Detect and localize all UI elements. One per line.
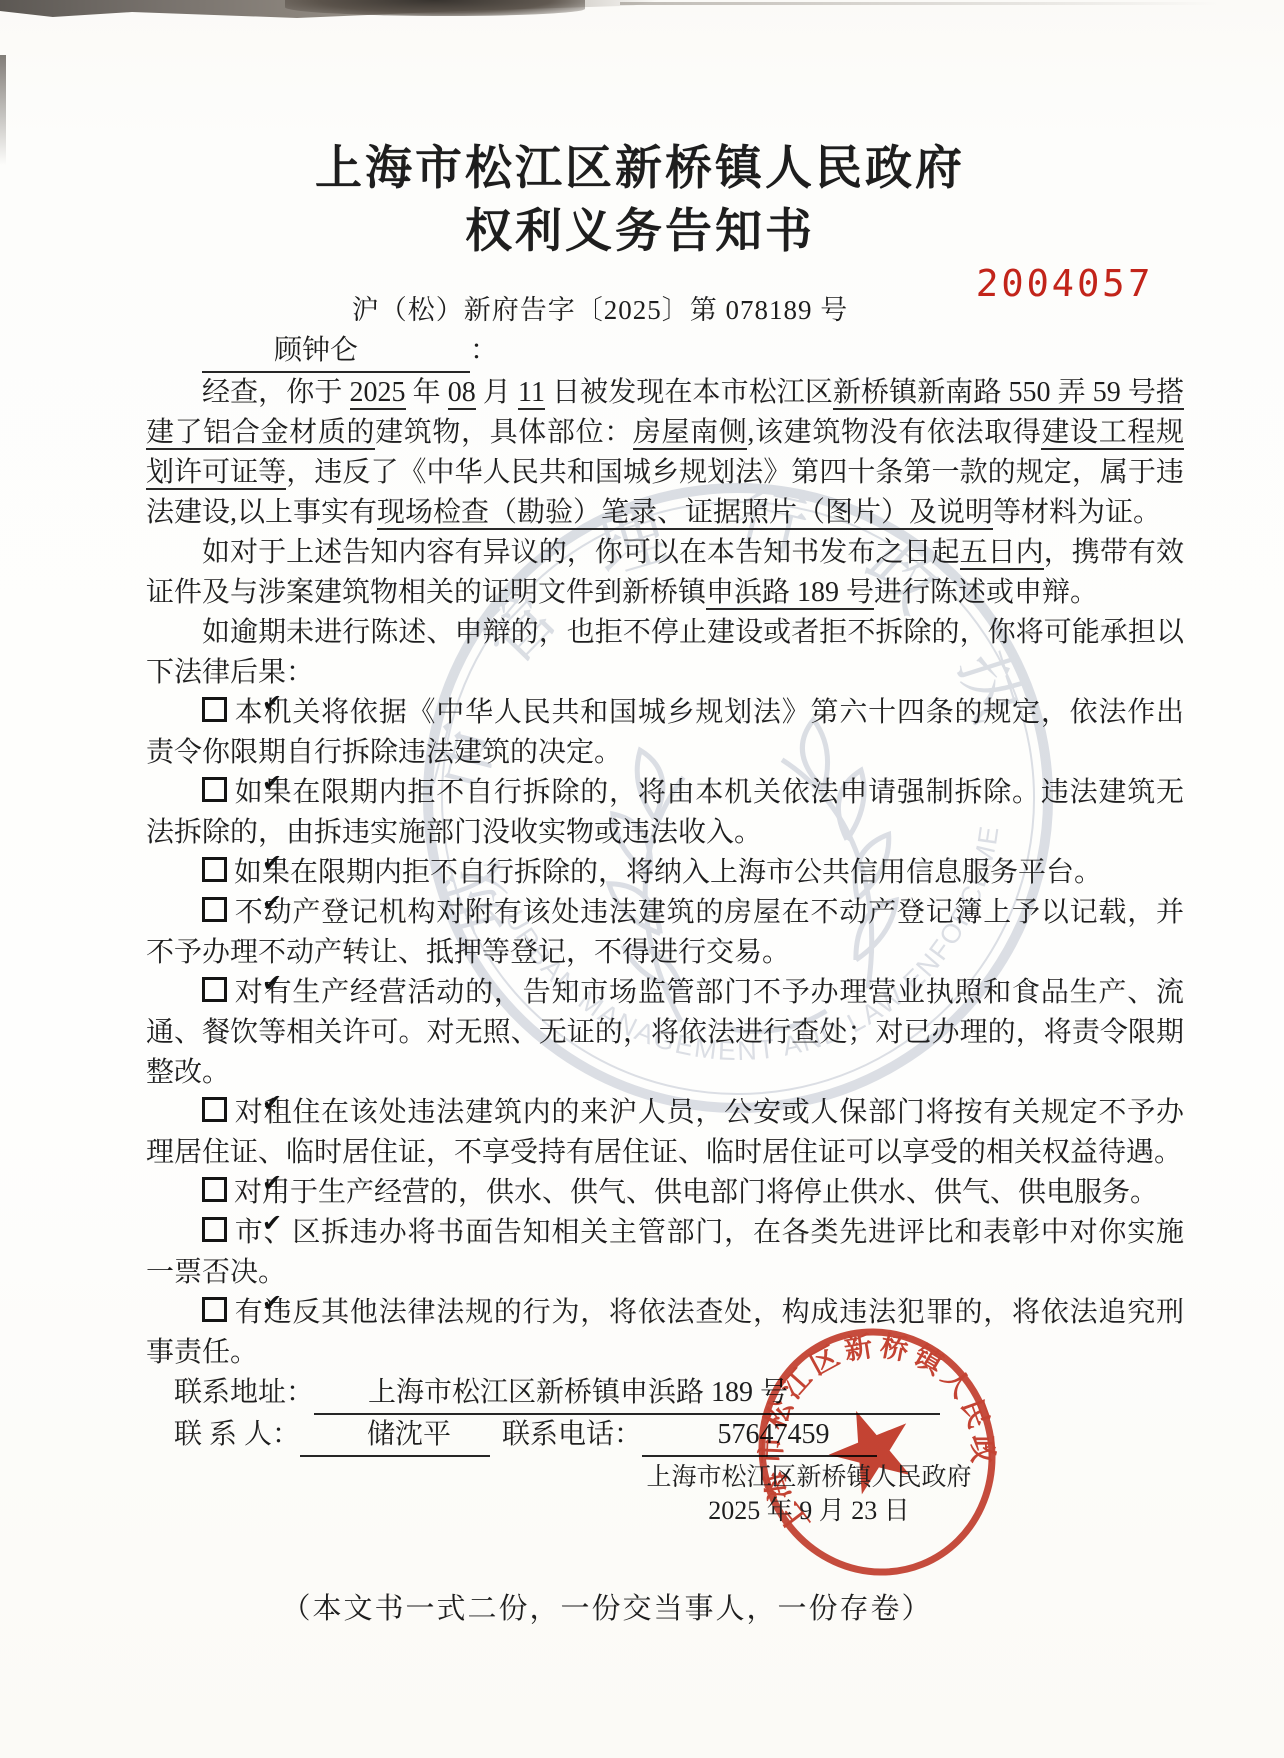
- footer-note: （本文书一式二份，一份交当事人，一份存卷）: [146, 1589, 1184, 1629]
- legal-consequences-list: 本机关将依据《中华人民共和国城乡规划法》第六十四条的规定，依法作出责令你限期自行…: [146, 693, 1184, 1373]
- consequence-text: 本机关将依据《中华人民共和国城乡规划法》第六十四条的规定，依法作出责令你限期自行…: [146, 697, 1184, 768]
- consequence-text: 有违反其他法律法规的行为，将依法查处，构成违法犯罪的，将依法追究刑事责任。: [146, 1297, 1184, 1368]
- consequence-text: 对租住在该处违法建筑内的来沪人员，公安或人保部门将按有关规定不予办理居住证、临时…: [146, 1097, 1184, 1168]
- body-paragraph-2: 如对于上述告知内容有异议的，你可以在本告知书发布之日起五日内，携带有效证件及与涉…: [146, 533, 1184, 613]
- document-title: 上海市松江区新桥镇人民政府 权利义务告知书: [146, 138, 1184, 264]
- consequence-item: 如果在限期内拒不自行拆除的，将纳入上海市公共信用信息服务平台。: [146, 853, 1184, 893]
- contact-person-line: 联 系 人：储沈平联系电话：57647459: [146, 1415, 1184, 1457]
- document-header: 上海市松江区新桥镇人民政府 权利义务告知书: [146, 0, 1184, 264]
- salutation-colon: ：: [470, 335, 498, 366]
- body-paragraph-1: 经查，你于 2025 年 08 月 11 日被发现在本市松江区新桥镇新南路 55…: [146, 373, 1184, 533]
- contact-phone-value: 57647459: [642, 1415, 877, 1457]
- consequence-item: 如果在限期内拒不自行拆除的，将由本机关依法申请强制拆除。违法建筑无法拆除的，由拆…: [146, 773, 1184, 853]
- consequence-item: 有违反其他法律法规的行为，将依法查处，构成违法犯罪的，将依法追究刑事责任。: [146, 1293, 1184, 1373]
- title-line-1: 上海市松江区新桥镇人民政府: [315, 143, 965, 195]
- document-body: 顾钟仑： 经查，你于 2025 年 08 月 11 日被发现在本市松江区新桥镇新…: [146, 331, 1184, 1629]
- consequence-text: 如果在限期内拒不自行拆除的，将由本机关依法申请强制拆除。违法建筑无法拆除的，由拆…: [146, 777, 1184, 848]
- consequence-item: 市、区拆违办将书面告知相关主管部门，在各类先进评比和表彰中对你实施一票否决。: [146, 1213, 1184, 1293]
- scan-edge-artifact-left: [0, 55, 6, 165]
- salutation-line: 顾钟仑：: [146, 331, 1184, 373]
- consequence-text: 不动产登记机构对附有该处违法建筑的房屋在不动产登记簿上予以记载，并不予办理不动产…: [146, 897, 1184, 968]
- contact-address-value: 上海市松江区新桥镇申浜路 189 号: [314, 1373, 940, 1415]
- consequence-item: 不动产登记机构对附有该处违法建筑的房屋在不动产登记簿上予以记载，并不予办理不动产…: [146, 893, 1184, 973]
- checked-checkbox-icon: [202, 697, 227, 722]
- title-line-2: 权利义务告知书: [465, 206, 815, 258]
- contact-person-label: 联 系 人：: [174, 1419, 300, 1450]
- consequence-item: 本机关将依据《中华人民共和国城乡规划法》第六十四条的规定，依法作出责令你限期自行…: [146, 693, 1184, 773]
- consequence-text: 如果在限期内拒不自行拆除的，将纳入上海市公共信用信息服务平台。: [234, 857, 1102, 888]
- contact-phone-label: 联系电话：: [502, 1419, 642, 1450]
- consequence-text: 市、区拆违办将书面告知相关主管部门，在各类先进评比和表彰中对你实施一票否决。: [146, 1217, 1184, 1288]
- serial-number-stamp: 2004057: [975, 262, 1153, 305]
- checked-checkbox-icon: [202, 977, 227, 1002]
- checked-checkbox-icon: [202, 897, 227, 922]
- consequence-item: 对有生产经营活动的，告知市场监管部门不予办理营业执照和食品生产、流通、餐饮等相关…: [146, 973, 1184, 1093]
- signature-org: 上海市松江区新桥镇人民政府: [639, 1461, 979, 1494]
- contact-address-line: 联系地址：上海市松江区新桥镇申浜路 189 号: [146, 1373, 1184, 1415]
- consequence-item: 对租住在该处违法建筑内的来沪人员，公安或人保部门将按有关规定不予办理居住证、临时…: [146, 1093, 1184, 1173]
- contact-person-value: 储沈平: [300, 1415, 490, 1457]
- body-paragraph-3: 如逾期未进行陈述、申辩的，也拒不停止建设或者拒不拆除的，你将可能承担以下法律后果…: [146, 613, 1184, 693]
- consequence-text: 对用于生产经营的，供水、供气、供电部门将停止供水、供气、供电服务。: [234, 1177, 1158, 1208]
- scanned-document-page: 城市管理行政执法 URBAN MANAGEMENT AND LAW ENFORC…: [0, 0, 1284, 1758]
- checked-checkbox-icon: [202, 1297, 227, 1322]
- checked-checkbox-icon: [202, 777, 227, 802]
- consequence-item: 对用于生产经营的，供水、供气、供电部门将停止供水、供气、供电服务。: [146, 1173, 1184, 1213]
- checked-checkbox-icon: [202, 1217, 227, 1242]
- contact-address-label: 联系地址：: [174, 1377, 314, 1408]
- addressee-name: 顾钟仑: [202, 331, 470, 373]
- checked-checkbox-icon: [202, 1177, 227, 1202]
- signature-block: 上海市松江区新桥镇人民政府 2025 年 9 月 23 日: [639, 1461, 979, 1527]
- checked-checkbox-icon: [202, 857, 227, 882]
- checked-checkbox-icon: [202, 1097, 227, 1122]
- signature-date: 2025 年 9 月 23 日: [639, 1494, 979, 1527]
- consequence-text: 对有生产经营活动的，告知市场监管部门不予办理营业执照和食品生产、流通、餐饮等相关…: [146, 977, 1184, 1088]
